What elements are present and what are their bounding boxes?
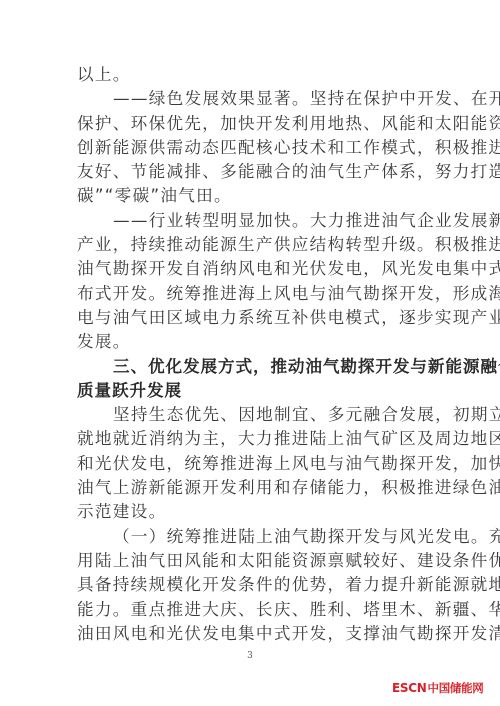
text-line: 具备持续规模化开发条件的优势，着力提升新能源就地消纳	[77, 573, 423, 597]
text-line: 产业，持续推动能源生产供应结构转型升级。积极推进陆上	[77, 233, 423, 257]
text-line: 能力。重点推进大庆、长庆、胜利、塔里木、新疆、华北等	[77, 598, 423, 622]
watermark-chinese: 中国储能网	[428, 681, 484, 695]
document-body: 以上。 ——绿色发展效果显著。坚持在保护中开发、在开发中 保护、环保优先，加快开…	[77, 63, 423, 646]
watermark-latin: ESCN	[392, 681, 427, 695]
text-line: 和光伏发电，统筹推进海上风电与油气勘探开发，加快提升	[77, 452, 423, 476]
text-line: 油气上游新能源开发利用和存储能力，积极推进绿色油气田	[77, 476, 423, 500]
text-line: 以上。	[77, 63, 423, 87]
text-line: 坚持生态优先、因地制宜、多元融合发展，初期立足于	[77, 403, 423, 427]
text-line: 布式开发。统筹推进海上风电与油气勘探开发，形成海上风	[77, 282, 423, 306]
text-line: 电与油气田区域电力系统互补供电模式，逐步实现产业融合	[77, 306, 423, 330]
text-line: 创新能源供需动态匹配核心技术和工作模式，积极推进环境	[77, 136, 423, 160]
page-number: 3	[244, 651, 256, 661]
text-line: 示范建设。	[77, 500, 423, 524]
text-line: 油气勘探开发自消纳风电和光伏发电，风光发电集中式和分	[77, 257, 423, 281]
text-line: 就地就近消纳为主，大力推进陆上油气矿区及周边地区风电	[77, 427, 423, 451]
text-line: 碳”“零碳”油气田。	[77, 184, 423, 208]
text-line: 保护、环保优先，加快开发利用地热、风能和太阳能资源，	[77, 112, 423, 136]
section-heading-line: 质量跃升发展	[77, 379, 423, 403]
text-line: 油田风电和光伏发电集中式开发，支撑油气勘探开发清洁用	[77, 622, 423, 646]
section-heading-line: 三、优化发展方式，推动油气勘探开发与新能源融合高	[77, 355, 423, 379]
text-line: 用陆上油气田风能和太阳能资源禀赋较好、建设条件优越、	[77, 549, 423, 573]
text-line: ——行业转型明显加快。大力推进油气企业发展新能源	[77, 209, 423, 233]
escn-watermark-logo: ESCN中国储能网	[392, 680, 484, 696]
text-line: ——绿色发展效果显著。坚持在保护中开发、在开发中	[77, 87, 423, 111]
text-line: 友好、节能减排、多能融合的油气生产体系，努力打造“低	[77, 160, 423, 184]
text-line: 发展。	[77, 330, 423, 354]
subsection-heading-line: （一）统筹推进陆上油气勘探开发与风光发电。充分利	[77, 525, 423, 549]
